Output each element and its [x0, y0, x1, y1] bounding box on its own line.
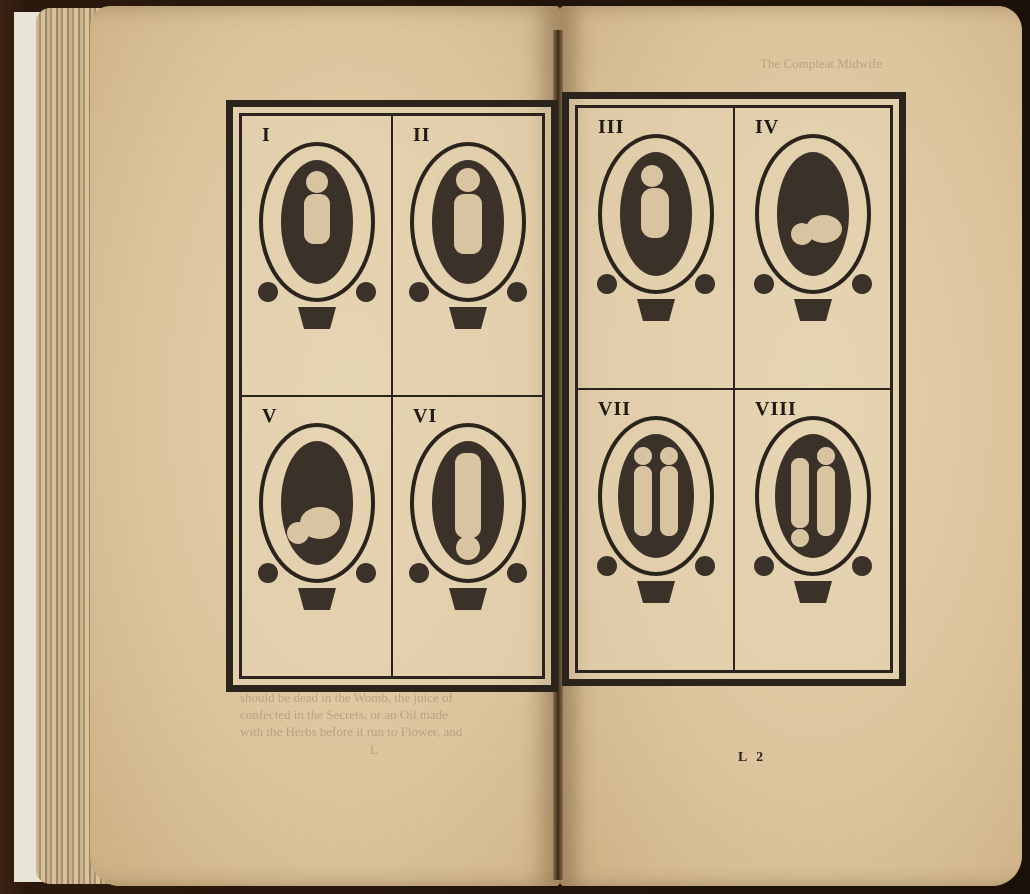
showthrough-line: should be dead in the Womb, the juice of	[240, 690, 453, 706]
womb-illustration-icon	[754, 416, 872, 606]
showthrough-line: confected in the Secrets, or an Oil made	[240, 707, 448, 723]
catchword: L	[370, 742, 378, 758]
panel-8: VIII	[734, 389, 891, 671]
signature-mark: L 2	[738, 750, 766, 766]
woodcut-plate-right: III IV VII VIII	[562, 92, 906, 686]
womb-illustration-icon	[258, 142, 376, 332]
panel-5: V	[241, 396, 392, 677]
womb-illustration-icon	[597, 134, 715, 324]
panel-2: II	[392, 115, 543, 396]
panel-3: III	[577, 107, 734, 389]
womb-illustration-icon	[409, 142, 527, 332]
panel-4: IV	[734, 107, 891, 389]
woodcut-plate-left: I II V VI	[226, 100, 558, 692]
showthrough-line: with the Herbs before it run to Flower, …	[240, 724, 462, 740]
womb-illustration-icon	[597, 416, 715, 606]
panel-1: I	[241, 115, 392, 396]
running-head-showthrough: The Compleat Midwife	[760, 56, 882, 72]
panel-7: VII	[577, 389, 734, 671]
panel-6: VI	[392, 396, 543, 677]
womb-illustration-icon	[258, 423, 376, 613]
womb-illustration-icon	[409, 423, 527, 613]
womb-illustration-icon	[754, 134, 872, 324]
